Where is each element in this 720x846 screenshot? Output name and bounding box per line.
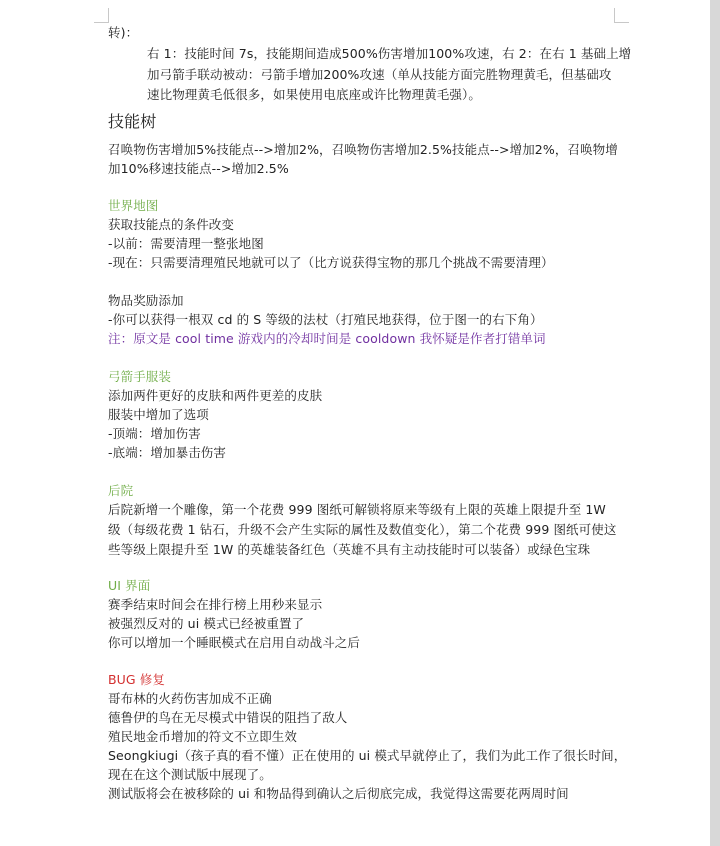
paragraph-line: 后院新增一个雕像，第一个花费 999 图纸可解锁将原来等级有上限的英雄上限提升至… <box>108 500 606 519</box>
translator-note: 注：原文是 cool time 游戏内的冷却时间是 cooldown 我怀疑是作… <box>108 329 546 348</box>
paragraph-line: 添加两件更好的皮肤和两件更差的皮肤 <box>108 386 322 405</box>
skill-desc-line: 加弓箭手联动被动：弓箭手增加200%攻速（单从技能方面完胜物理黄毛，但基础攻 <box>147 65 612 84</box>
heading-ui: UI 界面 <box>108 576 150 595</box>
heading-skill-tree: 技能树 <box>108 112 156 131</box>
paragraph-line: 些等级上限提升至 1W 的英雄装备红色（英雄不具有主动技能时可以装备）或绿色宝珠 <box>108 540 590 559</box>
document-page: 转)： 右 1：技能时间 7s，技能期间造成500%伤害增加100%攻速，右 2… <box>0 0 710 846</box>
paragraph-line: -你可以获得一根双 cd 的 S 等级的法杖（打殖民地获得，位于图一的右下角） <box>108 310 543 329</box>
skill-desc-line: 速比物理黄毛低很多，如果使用电底座或许比物理黄毛强）。 <box>147 85 481 104</box>
paragraph-line: 物品奖励添加 <box>108 291 184 310</box>
paragraph-line: 德鲁伊的鸟在无尽模式中错误的阻挡了敌人 <box>108 708 347 727</box>
paragraph-line: 加10%移速技能点-->增加2.5% <box>108 159 289 178</box>
margin-corner-mark <box>94 8 109 23</box>
intro-tail: 转)： <box>108 23 138 42</box>
paragraph-line: 服装中增加了选项 <box>108 405 209 424</box>
paragraph-line: 哥布林的火药伤害加成不正确 <box>108 689 272 708</box>
skill-desc-line: 右 1：技能时间 7s，技能期间造成500%伤害增加100%攻速，右 2：在右 … <box>147 44 631 63</box>
paragraph-line: -顶端：增加伤害 <box>108 424 201 443</box>
vertical-scrollbar[interactable] <box>710 0 720 846</box>
paragraph-line: -以前：需要清理一整张地图 <box>108 234 264 253</box>
paragraph-line: 获取技能点的条件改变 <box>108 215 234 234</box>
paragraph-line: 你可以增加一个睡眠模式在启用自动战斗之后 <box>108 633 360 652</box>
paragraph-line: 测试版将会在被移除的 ui 和物品得到确认之后彻底完成，我觉得这需要花两周时间 <box>108 784 569 803</box>
heading-bug-fix: BUG 修复 <box>108 670 165 689</box>
heading-world-map: 世界地图 <box>108 196 158 215</box>
paragraph-line: 赛季结束时间会在排行榜上用秒来显示 <box>108 595 322 614</box>
paragraph-line: 殖民地金币增加的符文不立即生效 <box>108 727 297 746</box>
paragraph-line: Seongkiugi（孩子真的看不懂）正在使用的 ui 模式早就停止了，我们为此… <box>108 746 626 765</box>
paragraph-line: 被强烈反对的 ui 模式已经被重置了 <box>108 614 304 633</box>
paragraph-line: 级（每级花费 1 钻石，升级不会产生实际的属性及数值变化），第二个花费 999 … <box>108 520 616 539</box>
paragraph-line: 召唤物伤害增加5%技能点-->增加2%，召唤物伤害增加2.5%技能点-->增加2… <box>108 140 618 159</box>
margin-corner-mark <box>614 8 629 23</box>
heading-archer-outfit: 弓箭手服装 <box>108 367 171 386</box>
heading-backyard: 后院 <box>108 481 133 500</box>
paragraph-line: 现在在这个测试版中展现了。 <box>108 765 272 784</box>
paragraph-line: -现在：只需要清理殖民地就可以了（比方说获得宝物的那几个挑战不需要清理） <box>108 253 554 272</box>
paragraph-line: -底端：增加暴击伤害 <box>108 443 226 462</box>
